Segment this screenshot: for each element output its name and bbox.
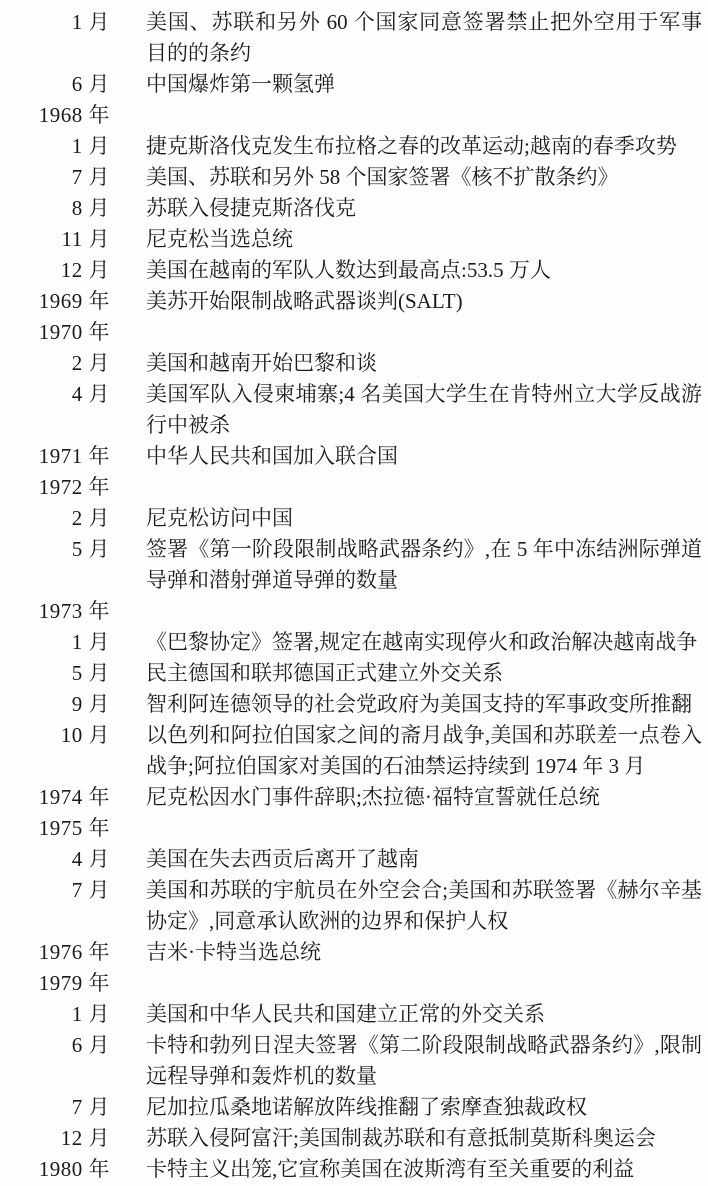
month-label: 5 月 xyxy=(0,534,110,565)
timeline-row: 5 月民主德国和联邦德国正式建立外交关系 xyxy=(0,658,708,689)
month-label: 9 月 xyxy=(0,689,110,720)
event-text: 以色列和阿拉伯国家之间的斋月战争,美国和苏联差一点卷入战争;阿拉伯国家对美国的石… xyxy=(146,720,702,782)
timeline-row: 1 月《巴黎协定》签署,规定在越南实现停火和政治解决越南战争 xyxy=(0,627,708,658)
year-label: 1974 年 xyxy=(0,782,110,813)
month-label: 2 月 xyxy=(0,503,110,534)
timeline-row: 1969 年美苏开始限制战略武器谈判(SALT) xyxy=(0,286,708,317)
event-text: 美国在失去西贡后离开了越南 xyxy=(146,844,702,875)
year-label: 1975 年 xyxy=(0,813,110,844)
timeline-row: 10 月以色列和阿拉伯国家之间的斋月战争,美国和苏联差一点卷入战争;阿拉伯国家对… xyxy=(0,720,708,782)
timeline-row: 11 月尼克松当选总统 xyxy=(0,224,708,255)
event-text: 尼加拉瓜桑地诺解放阵线推翻了索摩查独裁政权 xyxy=(146,1092,702,1123)
timeline-row: 8 月苏联入侵捷克斯洛伐克 xyxy=(0,193,708,224)
timeline-row: 1971 年中华人民共和国加入联合国 xyxy=(0,441,708,472)
month-label: 6 月 xyxy=(0,1030,110,1061)
month-label: 12 月 xyxy=(0,255,110,286)
month-label: 2 月 xyxy=(0,348,110,379)
timeline-row: 1980 年卡特主义出笼,它宣称美国在波斯湾有至关重要的利益 xyxy=(0,1154,708,1185)
event-text: 卡特主义出笼,它宣称美国在波斯湾有至关重要的利益 xyxy=(146,1154,702,1185)
timeline-row: 4 月美国在失去西贡后离开了越南 xyxy=(0,844,708,875)
year-label: 1968 年 xyxy=(0,100,110,131)
event-text: 尼克松当选总统 xyxy=(146,224,702,255)
event-text: 民主德国和联邦德国正式建立外交关系 xyxy=(146,658,702,689)
month-label: 1 月 xyxy=(0,627,110,658)
year-label: 1980 年 xyxy=(0,1154,110,1185)
timeline-row: 1970 年 xyxy=(0,317,708,348)
timeline-row: 7 月美国和苏联的宇航员在外空会合;美国和苏联签署《赫尔辛基协定》,同意承认欧洲… xyxy=(0,875,708,937)
month-label: 1 月 xyxy=(0,7,110,38)
month-label: 1 月 xyxy=(0,999,110,1030)
timeline-row: 2 月美国和越南开始巴黎和谈 xyxy=(0,348,708,379)
month-label: 12 月 xyxy=(0,1123,110,1154)
chronology-page: 1 月美国、苏联和另外 60 个国家同意签署禁止把外空用于军事目的的条约6 月中… xyxy=(0,0,708,1186)
month-label: 7 月 xyxy=(0,162,110,193)
event-text: 中华人民共和国加入联合国 xyxy=(146,441,702,472)
month-label: 11 月 xyxy=(0,224,110,255)
event-text: 美国和越南开始巴黎和谈 xyxy=(146,348,702,379)
timeline-row: 1973 年 xyxy=(0,596,708,627)
month-label: 7 月 xyxy=(0,1092,110,1123)
year-label: 1979 年 xyxy=(0,968,110,999)
event-text: 苏联入侵捷克斯洛伐克 xyxy=(146,193,702,224)
event-text: 捷克斯洛伐克发生布拉格之春的改革运动;越南的春季攻势 xyxy=(146,131,702,162)
timeline-row: 9 月智利阿连德领导的社会党政府为美国支持的军事政变所推翻 xyxy=(0,689,708,720)
timeline-row: 1 月捷克斯洛伐克发生布拉格之春的改革运动;越南的春季攻势 xyxy=(0,131,708,162)
event-text: 美国和中华人民共和国建立正常的外交关系 xyxy=(146,999,702,1030)
event-text: 《巴黎协定》签署,规定在越南实现停火和政治解决越南战争 xyxy=(146,627,702,658)
year-label: 1976 年 xyxy=(0,937,110,968)
timeline-row: 1 月美国和中华人民共和国建立正常的外交关系 xyxy=(0,999,708,1030)
timeline-row: 1 月美国、苏联和另外 60 个国家同意签署禁止把外空用于军事目的的条约 xyxy=(0,7,708,69)
month-label: 4 月 xyxy=(0,844,110,875)
timeline: 1 月美国、苏联和另外 60 个国家同意签署禁止把外空用于军事目的的条约6 月中… xyxy=(0,7,708,1185)
month-label: 10 月 xyxy=(0,720,110,751)
event-text: 吉米·卡特当选总统 xyxy=(146,937,702,968)
year-label: 1971 年 xyxy=(0,441,110,472)
event-text: 中国爆炸第一颗氢弹 xyxy=(146,69,702,100)
timeline-row: 1975 年 xyxy=(0,813,708,844)
year-label: 1973 年 xyxy=(0,596,110,627)
timeline-row: 7 月美国、苏联和另外 58 个国家签署《核不扩散条约》 xyxy=(0,162,708,193)
month-label: 5 月 xyxy=(0,658,110,689)
timeline-row: 4 月美国军队入侵柬埔寨;4 名美国大学生在肯特州立大学反战游行中被杀 xyxy=(0,379,708,441)
month-label: 7 月 xyxy=(0,875,110,906)
year-label: 1970 年 xyxy=(0,317,110,348)
year-label: 1972 年 xyxy=(0,472,110,503)
event-text: 尼克松访问中国 xyxy=(146,503,702,534)
timeline-row: 2 月尼克松访问中国 xyxy=(0,503,708,534)
event-text: 签署《第一阶段限制战略武器条约》,在 5 年中冻结洲际弹道导弹和潜射弹道导弹的数… xyxy=(146,534,702,596)
timeline-row: 7 月尼加拉瓜桑地诺解放阵线推翻了索摩查独裁政权 xyxy=(0,1092,708,1123)
timeline-row: 1968 年 xyxy=(0,100,708,131)
year-label: 1969 年 xyxy=(0,286,110,317)
month-label: 4 月 xyxy=(0,379,110,410)
event-text: 美国军队入侵柬埔寨;4 名美国大学生在肯特州立大学反战游行中被杀 xyxy=(146,379,702,441)
event-text: 美苏开始限制战略武器谈判(SALT) xyxy=(146,286,702,317)
event-text: 卡特和勃列日涅夫签署《第二阶段限制战略武器条约》,限制远程导弹和轰炸机的数量 xyxy=(146,1030,702,1092)
event-text: 美国、苏联和另外 60 个国家同意签署禁止把外空用于军事目的的条约 xyxy=(146,7,702,69)
event-text: 智利阿连德领导的社会党政府为美国支持的军事政变所推翻 xyxy=(146,689,702,720)
month-label: 1 月 xyxy=(0,131,110,162)
month-label: 6 月 xyxy=(0,69,110,100)
event-text: 苏联入侵阿富汗;美国制裁苏联和有意抵制莫斯科奥运会 xyxy=(146,1123,702,1154)
timeline-row: 6 月中国爆炸第一颗氢弹 xyxy=(0,69,708,100)
timeline-row: 1979 年 xyxy=(0,968,708,999)
timeline-row: 5 月签署《第一阶段限制战略武器条约》,在 5 年中冻结洲际弹道导弹和潜射弹道导… xyxy=(0,534,708,596)
timeline-row: 12 月苏联入侵阿富汗;美国制裁苏联和有意抵制莫斯科奥运会 xyxy=(0,1123,708,1154)
event-text: 美国在越南的军队人数达到最高点:53.5 万人 xyxy=(146,255,702,286)
event-text: 美国、苏联和另外 58 个国家签署《核不扩散条约》 xyxy=(146,162,702,193)
month-label: 8 月 xyxy=(0,193,110,224)
timeline-row: 12 月美国在越南的军队人数达到最高点:53.5 万人 xyxy=(0,255,708,286)
timeline-row: 6 月卡特和勃列日涅夫签署《第二阶段限制战略武器条约》,限制远程导弹和轰炸机的数… xyxy=(0,1030,708,1092)
event-text: 尼克松因水门事件辞职;杰拉德·福特宣誓就任总统 xyxy=(146,782,702,813)
timeline-row: 1974 年尼克松因水门事件辞职;杰拉德·福特宣誓就任总统 xyxy=(0,782,708,813)
event-text: 美国和苏联的宇航员在外空会合;美国和苏联签署《赫尔辛基协定》,同意承认欧洲的边界… xyxy=(146,875,702,937)
timeline-row: 1976 年吉米·卡特当选总统 xyxy=(0,937,708,968)
timeline-row: 1972 年 xyxy=(0,472,708,503)
